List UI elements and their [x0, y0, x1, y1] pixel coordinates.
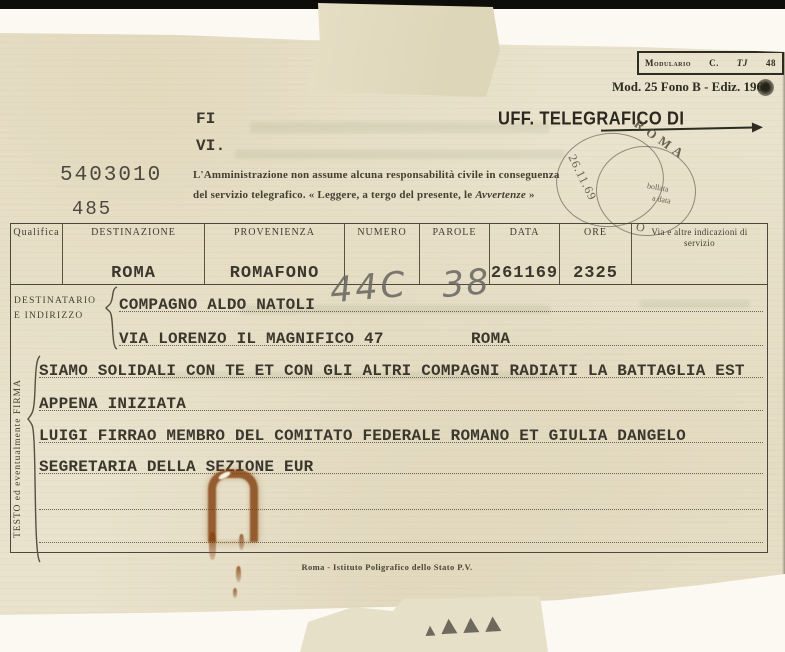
modulario-code-c: C.	[709, 58, 719, 68]
disclaimer-line2-suffix: »	[526, 189, 535, 201]
triangle-mark	[485, 616, 502, 632]
typed-code-fi: FI	[196, 110, 216, 128]
dotted-rule	[39, 509, 763, 510]
col-ore: ORE 2325	[560, 224, 632, 284]
body-row-1: SIAMO SOLIDALI CON TE ET CON GLI ALTRI C…	[39, 357, 763, 380]
body-row-3: LUIGI FIRRAO MEMBRO DEL COMITATO FEDERAL…	[39, 422, 763, 445]
serial-number-2: 485	[72, 198, 112, 220]
body-row-4: SEGRETARIA DELLA SEZIONE EUR	[39, 453, 763, 476]
message-text: LUIGI FIRRAO MEMBRO DEL COMITATO FEDERAL…	[39, 427, 686, 445]
col-value: 261169	[490, 264, 559, 283]
empty-row-1	[39, 494, 763, 512]
message-text: APPENA INIZIATA	[39, 395, 186, 413]
addressee-name: COMPAGNO ALDO NATOLI	[119, 296, 315, 314]
destinatario-label-line2: E INDIRIZZO	[14, 309, 108, 324]
col-label: Qualifica	[13, 227, 59, 238]
modulario-code-t: TJ	[737, 58, 748, 68]
col-provenienza: PROVENIENZA ROMAFONO	[205, 224, 345, 284]
rust-drip	[209, 532, 216, 560]
col-label: DESTINAZIONE	[91, 227, 176, 238]
scanned-telegram-scene: Modulario C. TJ 48 Mod. 25 Fono B - Ediz…	[0, 0, 785, 652]
addressee-street: VIA LORENZO IL MAGNIFICO 47	[119, 330, 384, 348]
rust-drip	[236, 566, 241, 582]
col-label: PAROLE	[433, 227, 477, 238]
col-label: ORE	[584, 227, 607, 238]
ink-blob-artifact	[757, 79, 774, 96]
modulario-code-n: 48	[766, 58, 776, 68]
modulario-box: Modulario C. TJ 48	[637, 51, 784, 75]
tape-scrap-top	[300, 2, 510, 102]
col-data: DATA 261169	[490, 224, 560, 284]
telegram-paper: Modulario C. TJ 48 Mod. 25 Fono B - Ediz…	[0, 0, 785, 652]
modulario-label: Modulario	[645, 58, 691, 68]
destinatario-label: DESTINATARIO E INDIRIZZO	[14, 294, 108, 324]
disclaimer-line2-italic: Avvertenze	[475, 189, 526, 201]
col-value: 2325	[560, 264, 631, 283]
message-text: SEGRETARIA DELLA SEZIONE EUR	[39, 458, 313, 476]
message-text: SIAMO SOLIDALI CON TE ET CON GLI ALTRI C…	[39, 362, 745, 380]
rust-drip	[239, 534, 244, 550]
empty-row-2	[39, 527, 763, 545]
address-brace-icon	[105, 286, 119, 350]
triangle-mark	[441, 618, 458, 634]
destinatario-label-line1: DESTINATARIO	[14, 294, 108, 309]
zigzag-marks	[425, 616, 502, 636]
col-label: NUMERO	[357, 227, 406, 238]
body-row-2: APPENA INIZIATA	[39, 390, 763, 413]
col-value: ROMA	[63, 264, 204, 283]
rust-drip	[233, 588, 237, 598]
dotted-rule	[39, 542, 763, 543]
typed-code-vi: VI.	[196, 137, 225, 155]
address-row-1: COMPAGNO ALDO NATOLI	[119, 290, 763, 314]
col-label: DATA	[510, 227, 540, 238]
address-row-2: VIA LORENZO IL MAGNIFICO 47 ROMA	[119, 322, 763, 348]
rust-stain	[208, 470, 258, 542]
triangle-mark	[425, 625, 436, 636]
triangle-mark	[463, 617, 480, 633]
printer-imprint: Roma - Istituto Poligrafico dello Stato …	[282, 562, 492, 572]
disclaimer-line2-prefix: del servizio telegrafico. « Leggere, a t…	[193, 189, 475, 201]
serial-number: 5403010	[60, 164, 162, 187]
handwritten-annotation-2: 38	[440, 262, 492, 306]
addressee-city: ROMA	[471, 330, 510, 348]
col-destinazione: DESTINAZIONE ROMA	[63, 224, 205, 284]
col-label: PROVENIENZA	[234, 227, 315, 238]
col-qualifica: Qualifica	[11, 224, 63, 284]
showthrough-artifact	[235, 150, 565, 159]
handwritten-annotation-1: 44C	[328, 265, 409, 312]
col-value: ROMAFONO	[205, 264, 344, 283]
